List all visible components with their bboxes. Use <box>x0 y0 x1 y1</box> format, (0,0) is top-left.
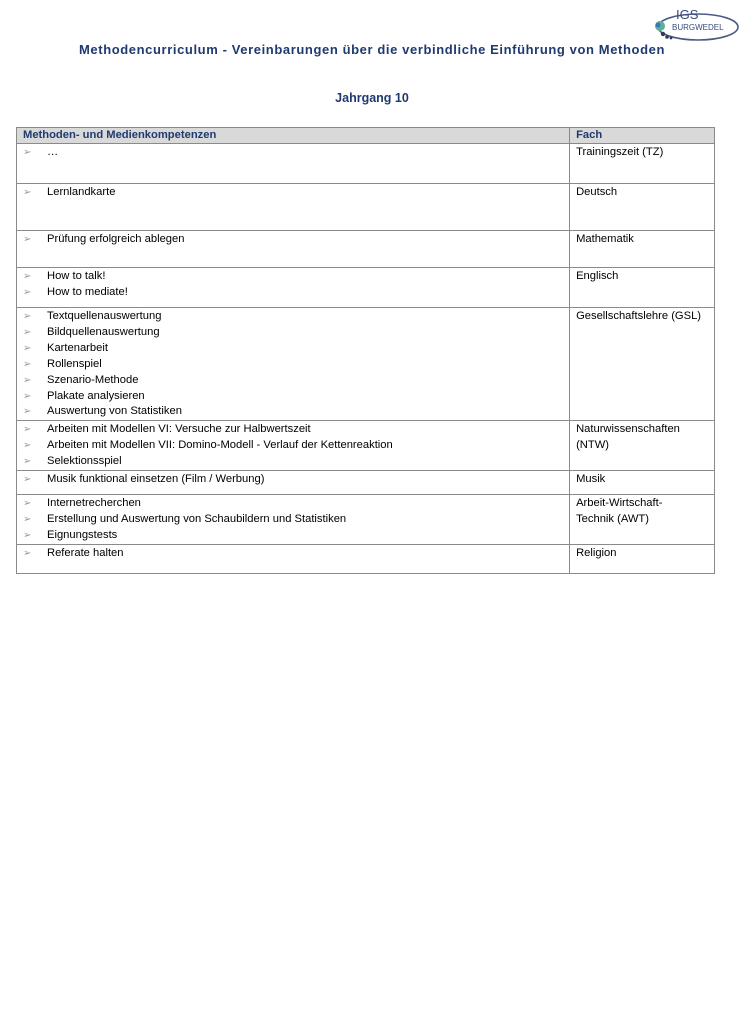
methods-list: ➢Arbeiten mit Modellen VI: Versuche zur … <box>23 422 563 470</box>
column-header-subject: Fach <box>570 128 715 144</box>
method-text: Lernlandkarte <box>47 186 115 198</box>
methods-list: ➢Referate halten <box>23 546 563 562</box>
arrowhead-bullet-icon: ➢ <box>23 269 31 285</box>
table-row: ➢Textquellenauswertung➢Bildquellenauswer… <box>17 308 715 421</box>
table-header-row: Methoden- und Medienkompetenzen Fach <box>17 128 715 144</box>
list-item: ➢Selektionsspiel <box>23 454 563 470</box>
arrowhead-bullet-icon: ➢ <box>23 422 31 438</box>
subject-cell: Gesellschaftslehre (GSL) <box>570 308 715 421</box>
method-text: Selektionsspiel <box>47 455 122 467</box>
arrowhead-bullet-icon: ➢ <box>23 373 31 389</box>
list-item: ➢How to talk! <box>23 269 563 285</box>
methods-cell: ➢Textquellenauswertung➢Bildquellenauswer… <box>17 308 570 421</box>
list-item: ➢Erstellung und Auswertung von Schaubild… <box>23 512 563 528</box>
table-row: ➢Internetrecherchen➢Erstellung und Auswe… <box>17 495 715 545</box>
table-row: ➢Prüfung erfolgreich ablegenMathematik <box>17 231 715 268</box>
method-text: Bildquellenauswertung <box>47 326 160 338</box>
igs-burgwedel-logo-icon: IGS BURGWEDEL <box>646 4 740 44</box>
methods-cell: ➢Musik funktional einsetzen (Film / Werb… <box>17 471 570 495</box>
list-item: ➢Textquellenauswertung <box>23 309 563 325</box>
method-text: Prüfung erfolgreich ablegen <box>47 233 184 245</box>
subject-cell: Religion <box>570 544 715 573</box>
list-item: ➢Internetrecherchen <box>23 496 563 512</box>
subject-text: Deutsch <box>576 185 708 201</box>
list-item: ➢Auswertung von Statistiken <box>23 404 563 420</box>
arrowhead-bullet-icon: ➢ <box>23 496 31 512</box>
subject-cell: Trainingszeit (TZ) <box>570 144 715 184</box>
table-row: ➢LernlandkarteDeutsch <box>17 184 715 231</box>
subject-text: Englisch <box>576 269 708 285</box>
school-logo: IGS BURGWEDEL <box>646 4 740 44</box>
list-item: ➢Bildquellenauswertung <box>23 325 563 341</box>
methods-list: ➢How to talk!➢How to mediate! <box>23 269 563 301</box>
subject-cell: Mathematik <box>570 231 715 268</box>
subject-cell: Deutsch <box>570 184 715 231</box>
arrowhead-bullet-icon: ➢ <box>23 309 31 325</box>
methods-cell: ➢Referate halten <box>17 544 570 573</box>
list-item: ➢Prüfung erfolgreich ablegen <box>23 232 563 248</box>
arrowhead-bullet-icon: ➢ <box>23 454 31 470</box>
arrowhead-bullet-icon: ➢ <box>23 357 31 373</box>
method-text: Kartenarbeit <box>47 342 108 354</box>
methods-list: ➢… <box>23 145 563 161</box>
arrowhead-bullet-icon: ➢ <box>23 232 31 248</box>
arrowhead-bullet-icon: ➢ <box>23 528 31 544</box>
list-item: ➢Eignungstests <box>23 528 563 544</box>
method-text: Internetrecherchen <box>47 497 141 509</box>
arrowhead-bullet-icon: ➢ <box>23 472 31 488</box>
methods-list: ➢Textquellenauswertung➢Bildquellenauswer… <box>23 309 563 420</box>
method-text: Textquellenauswertung <box>47 310 161 322</box>
methods-cell: ➢Internetrecherchen➢Erstellung und Auswe… <box>17 495 570 545</box>
method-text: Arbeiten mit Modellen VII: Domino-Modell… <box>47 439 393 451</box>
list-item: ➢Arbeiten mit Modellen VI: Versuche zur … <box>23 422 563 438</box>
svg-text:BURGWEDEL: BURGWEDEL <box>672 23 724 32</box>
arrowhead-bullet-icon: ➢ <box>23 512 31 528</box>
table-row: ➢…Trainingszeit (TZ) <box>17 144 715 184</box>
method-text: Musik funktional einsetzen (Film / Werbu… <box>47 473 264 485</box>
method-text: Plakate analysieren <box>47 390 145 402</box>
list-item: ➢Referate halten <box>23 546 563 562</box>
subject-cell: Arbeit-Wirtschaft-Technik (AWT) <box>570 495 715 545</box>
method-text: How to mediate! <box>47 286 128 298</box>
list-item: ➢How to mediate! <box>23 285 563 301</box>
method-text: … <box>47 146 58 158</box>
subject-text: Technik (AWT) <box>576 512 708 528</box>
list-item: ➢Rollenspiel <box>23 357 563 373</box>
list-item: ➢Kartenarbeit <box>23 341 563 357</box>
subject-cell: Naturwissenschaften(NTW) <box>570 421 715 471</box>
methods-list: ➢Internetrecherchen➢Erstellung und Auswe… <box>23 496 563 544</box>
arrowhead-bullet-icon: ➢ <box>23 341 31 357</box>
list-item: ➢… <box>23 145 563 161</box>
arrowhead-bullet-icon: ➢ <box>23 438 31 454</box>
method-text: Arbeiten mit Modellen VI: Versuche zur H… <box>47 423 311 435</box>
methods-cell: ➢Lernlandkarte <box>17 184 570 231</box>
arrowhead-bullet-icon: ➢ <box>23 404 31 420</box>
subject-text: Mathematik <box>576 232 708 248</box>
methods-cell: ➢Prüfung erfolgreich ablegen <box>17 231 570 268</box>
arrowhead-bullet-icon: ➢ <box>23 145 31 161</box>
arrowhead-bullet-icon: ➢ <box>23 546 31 562</box>
arrowhead-bullet-icon: ➢ <box>23 325 31 341</box>
subject-text: Religion <box>576 546 708 562</box>
table-row: ➢How to talk!➢How to mediate!Englisch <box>17 268 715 308</box>
method-text: Eignungstests <box>47 529 117 541</box>
arrowhead-bullet-icon: ➢ <box>23 185 31 201</box>
methods-cell: ➢How to talk!➢How to mediate! <box>17 268 570 308</box>
subject-text: (NTW) <box>576 438 708 454</box>
method-text: How to talk! <box>47 270 105 282</box>
list-item: ➢Plakate analysieren <box>23 389 563 405</box>
methods-list: ➢Musik funktional einsetzen (Film / Werb… <box>23 472 563 488</box>
method-text: Rollenspiel <box>47 358 102 370</box>
grade-heading: Jahrgang 10 <box>0 91 744 105</box>
arrowhead-bullet-icon: ➢ <box>23 389 31 405</box>
methods-list: ➢Lernlandkarte <box>23 185 563 201</box>
subject-text: Arbeit-Wirtschaft- <box>576 496 708 512</box>
method-text: Erstellung und Auswertung von Schaubilde… <box>47 513 346 525</box>
method-text: Szenario-Methode <box>47 374 138 386</box>
methods-cell: ➢Arbeiten mit Modellen VI: Versuche zur … <box>17 421 570 471</box>
svg-text:IGS: IGS <box>676 7 699 22</box>
table-row: ➢Arbeiten mit Modellen VI: Versuche zur … <box>17 421 715 471</box>
arrowhead-bullet-icon: ➢ <box>23 285 31 301</box>
document-title: Methodencurriculum - Vereinbarungen über… <box>0 42 744 57</box>
methods-cell: ➢… <box>17 144 570 184</box>
method-text: Auswertung von Statistiken <box>47 405 182 417</box>
list-item: ➢Lernlandkarte <box>23 185 563 201</box>
method-text: Referate halten <box>47 547 124 559</box>
list-item: ➢Musik funktional einsetzen (Film / Werb… <box>23 472 563 488</box>
subject-text: Gesellschaftslehre (GSL) <box>576 309 708 325</box>
subject-text: Musik <box>576 472 708 488</box>
methods-table: Methoden- und Medienkompetenzen Fach ➢…T… <box>16 127 715 574</box>
list-item: ➢Szenario-Methode <box>23 373 563 389</box>
list-item: ➢Arbeiten mit Modellen VII: Domino-Model… <box>23 438 563 454</box>
column-header-methods: Methoden- und Medienkompetenzen <box>17 128 570 144</box>
table-row: ➢Musik funktional einsetzen (Film / Werb… <box>17 471 715 495</box>
subject-cell: Englisch <box>570 268 715 308</box>
methods-list: ➢Prüfung erfolgreich ablegen <box>23 232 563 248</box>
subject-text: Trainingszeit (TZ) <box>576 145 708 161</box>
table-row: ➢Referate haltenReligion <box>17 544 715 573</box>
subject-cell: Musik <box>570 471 715 495</box>
subject-text: Naturwissenschaften <box>576 422 708 438</box>
